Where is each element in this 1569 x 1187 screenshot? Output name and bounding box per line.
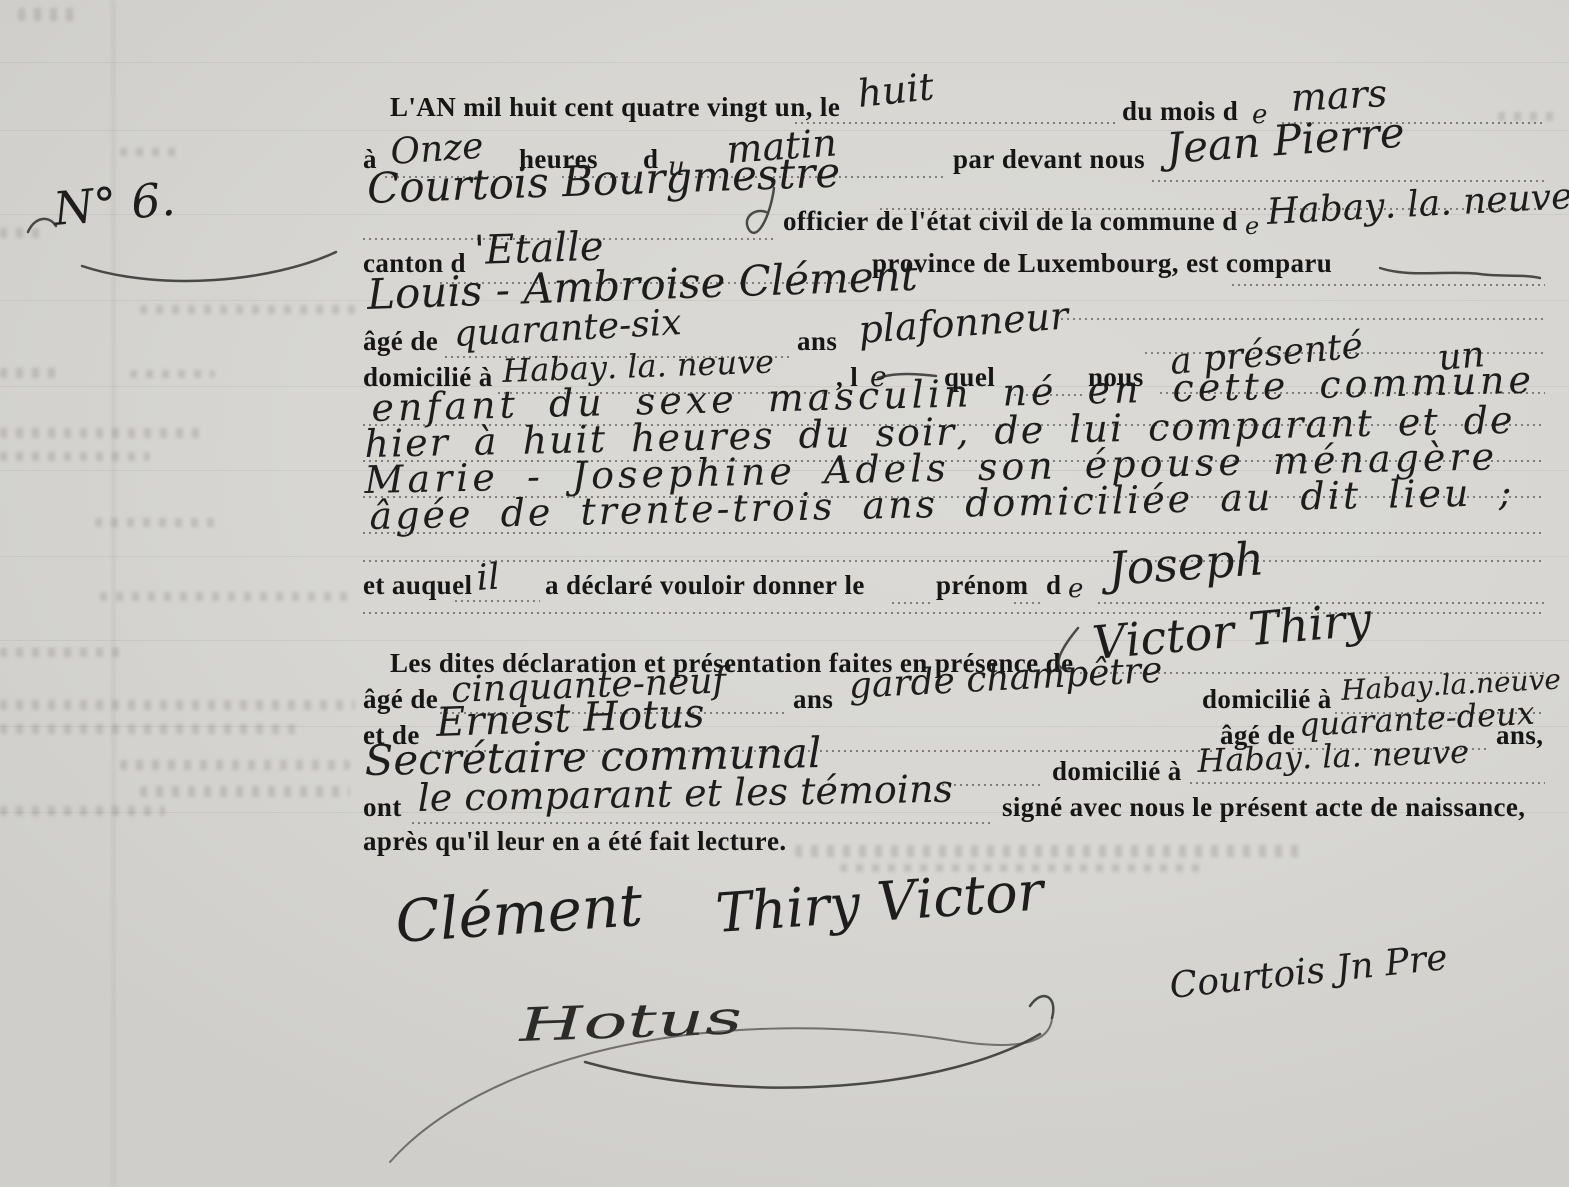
ruled-line <box>0 556 1569 557</box>
bleed-through-mark <box>0 724 300 734</box>
bleed-through-mark <box>140 305 355 314</box>
printed-province-comparu: province de Luxembourg, est comparu <box>872 248 1332 279</box>
dotted-leader <box>795 122 1115 124</box>
hand-signing-parties: le comparant et les témoins <box>417 767 953 820</box>
bleed-through-mark <box>18 8 80 21</box>
bleed-through-mark <box>0 428 200 438</box>
dotted-leader <box>455 600 540 602</box>
comparu-dash-stroke <box>1380 268 1540 278</box>
bleed-through-mark <box>0 700 355 710</box>
dotted-leader <box>1055 318 1545 320</box>
bleed-through-mark <box>100 592 350 601</box>
signature-tail-curl <box>1030 996 1053 1018</box>
printed-signe-avec-nous: signé avec nous le présent acte de naiss… <box>1002 792 1525 823</box>
hand-commune: Habay. la. neuve <box>1266 176 1569 233</box>
dotted-leader <box>942 784 1044 786</box>
printed-ans: ans <box>793 684 833 715</box>
hand-il: il <box>475 556 501 599</box>
signature-clement: Clément <box>393 871 644 956</box>
bleed-through-mark <box>120 148 182 156</box>
dotted-leader <box>892 602 932 604</box>
printed-d: d <box>1046 570 1061 601</box>
bleed-through-mark <box>0 368 60 378</box>
dotted-leader <box>412 822 994 824</box>
printed-prenom: prénom <box>936 570 1028 601</box>
scanned-birth-record-page: N° 6. L'AN mil huit cent quatre vingt un… <box>0 0 1569 1187</box>
printed-lecture: après qu'il leur en a été fait lecture. <box>363 826 787 857</box>
printed-year-phrase: L'AN mil huit cent quatre vingt un, le <box>390 92 840 123</box>
bleed-through-mark <box>795 845 1300 857</box>
printed-ont: ont <box>363 792 402 823</box>
printed-age-de: âgé de <box>363 684 438 715</box>
margin-act-number: N° 6. <box>51 172 177 236</box>
printed-domicilie-a: domicilié à <box>1052 756 1182 787</box>
bleed-through-mark <box>95 518 220 527</box>
hand-letter-e: e <box>1068 574 1083 604</box>
dotted-leader <box>363 532 1545 534</box>
signature-thiry-victor: Thiry Victor <box>714 859 1046 945</box>
ruled-line <box>0 62 1569 63</box>
bleed-through-mark <box>120 760 350 770</box>
bleed-through-mark <box>0 228 42 238</box>
printed-ans: ans <box>797 326 837 357</box>
hand-witness2-domicile: Habay. la. neuve <box>1197 733 1470 780</box>
hand-letter-e: e <box>1245 212 1259 240</box>
hand-declarant-profession: plafonneur <box>857 293 1070 352</box>
printed-ans-comma: ans, <box>1496 720 1543 751</box>
printed-et-auquel: et auquel <box>363 570 472 601</box>
dotted-leader <box>1190 782 1545 784</box>
dotted-leader <box>1014 602 1044 604</box>
dotted-leader <box>1232 284 1545 286</box>
bleed-through-mark <box>0 806 165 816</box>
hand-child-first-name: Joseph <box>1106 531 1265 596</box>
printed-par-devant-nous: par devant nous <box>953 144 1145 175</box>
bleed-through-mark <box>140 786 350 797</box>
printed-officier-etat-civil: officier de l'état civil de la commune d <box>783 206 1238 237</box>
printed-a-declare: a déclaré vouloir donner le <box>545 570 865 601</box>
dotted-leader <box>363 560 1545 562</box>
printed-age-de: âgé de <box>363 326 438 357</box>
bleed-through-mark <box>130 370 215 378</box>
hand-day: huit <box>855 64 936 116</box>
bleed-through-mark <box>1498 112 1558 121</box>
signature-hotus: Hotus <box>518 990 743 1052</box>
margin-underline-flourish <box>82 252 336 281</box>
bleed-through-mark <box>0 452 150 461</box>
bleed-through-mark <box>0 648 125 657</box>
signature-courtois: Courtois Jn Pre <box>1168 937 1450 1007</box>
